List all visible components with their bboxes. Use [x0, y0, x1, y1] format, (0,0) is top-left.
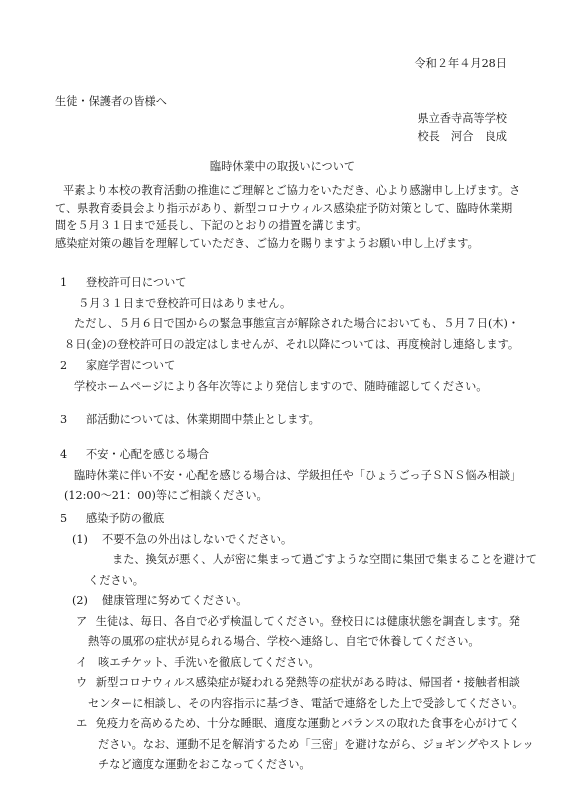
section-number: 1 — [60, 274, 78, 292]
item-e: エ 免疫力を高めるため、十分な睡眠、適度な運動とバランスの取れた食事を心がけてく — [60, 715, 520, 733]
principal-name: 校長 河合 良成 — [417, 128, 507, 146]
document-date: 令和２年４月28日 — [414, 55, 507, 73]
section-line: ８日(金)の登校許可日の設定はしませんが、それ以降については、再度検討し連絡しま… — [60, 336, 520, 354]
section-3: 3 部活動については、休業期間中禁止とします。 — [60, 411, 520, 429]
item-i: イ 咳エチケット、手洗いを徹底してください。 — [60, 654, 520, 672]
section-line: ５月３１日まで登校許可日はありません。 — [60, 295, 520, 313]
section-line: 学校ホームページにより各年次等により発信しますので、随時確認してください。 — [60, 378, 520, 396]
school-name: 県立香寺高等学校 — [417, 110, 507, 128]
item-line: 新型コロナウィルス感染症が疑われる発熱等の症状がある時は、帰国者・接触者相談 — [96, 674, 520, 692]
subsection-2: (2) 健康管理に努めてください。 — [60, 592, 520, 610]
subsection-line: ください。 — [60, 572, 520, 590]
section-4: 4 不安・心配を感じる場合 臨時休業に伴い不安・心配を感じる場合は、学級担任や「… — [60, 446, 520, 505]
subsection-text: 健康管理に努めてください。 — [102, 592, 247, 610]
document-title: 臨時休業中の取扱いについて — [0, 158, 565, 176]
item-line: 咳エチケット、手洗いを徹底してください。 — [98, 654, 320, 672]
intro-line: て、県教育委員会より指示があり、新型コロナウィルス感染症予防対策として、臨時休業… — [55, 200, 518, 218]
addressee: 生徒・保護者の皆様へ — [55, 93, 167, 111]
section-heading: 家庭学習について — [86, 357, 175, 375]
section-number: 3 — [60, 411, 78, 429]
item-label: イ — [76, 654, 98, 672]
item-line: ださい。なお、運動不足を解消するため「三密」を避けながら、ジョギングやストレッ — [60, 736, 520, 754]
sender-block: 県立香寺高等学校 校長 河合 良成 — [417, 110, 507, 146]
section-number: 2 — [60, 357, 78, 375]
item-line: 生徒は、毎日、各自で必ず検温してください。登校日には健康状態を調査します。発 — [96, 613, 520, 631]
section-5: 5 感染予防の徹底 (1) 不要不急の外出はしないでください。 また、換気が悪く… — [60, 510, 520, 774]
intro-line: 間を５月３１日まで延長し、下記のとおりの措置を講じます。 — [55, 217, 518, 235]
item-a: ア 生徒は、毎日、各自で必ず検温してください。登校日には健康状態を調査します。発 — [60, 613, 520, 631]
item-label: ア — [76, 613, 96, 631]
item-line: センターに相談し、その内容指示に基づき、電話で連絡をした上で受診してください。 — [60, 695, 520, 713]
section-heading: 登校許可日について — [86, 274, 186, 292]
section-line: 臨時休業に伴い不安・心配を感じる場合は、学級担任や「ひょうごっ子ＳＮＳ悩み相談」 — [60, 467, 520, 485]
section-heading: 部活動については、休業期間中禁止とします。 — [86, 411, 320, 429]
section-line: ただし、５月６日で国からの緊急事態宣言が解除された場合においても、５月７日(木)… — [60, 315, 520, 333]
section-heading: 不安・心配を感じる場合 — [86, 446, 209, 464]
item-label: ウ — [76, 674, 96, 692]
item-line: 熱等の風邪の症状が見られる場合、学校へ連絡し、自宅で休養してください。 — [60, 633, 520, 651]
item-line: チなど適度な運動をおこなってください。 — [60, 756, 520, 774]
item-label: エ — [76, 715, 96, 733]
section-number: 5 — [60, 510, 78, 528]
intro-line: 平素より本校の教育活動の推進にご理解とご協力をいただき、心より感謝申し上げます。… — [63, 182, 518, 200]
item-u: ウ 新型コロナウィルス感染症が疑われる発熱等の症状がある時は、帰国者・接触者相談 — [60, 674, 520, 692]
subsection-text: 不要不急の外出はしないでください。 — [102, 531, 292, 549]
subsection-1: (1) 不要不急の外出はしないでください。 — [60, 531, 520, 549]
subsection-line: また、換気が悪く、人が密に集まって過ごすような空間に集団で集まることを避けて — [60, 551, 520, 569]
section-2: 2 家庭学習について 学校ホームページにより各年次等により発信しますので、随時確… — [60, 357, 520, 395]
item-line: 免疫力を高めるため、十分な睡眠、適度な運動とバランスの取れた食事を心がけてく — [96, 715, 520, 733]
section-number: 4 — [60, 446, 78, 464]
subsection-label: (2) — [72, 592, 102, 610]
section-heading: 感染予防の徹底 — [86, 510, 164, 528]
intro-line: 感染症対策の趣旨を理解していただき、ご協力を賜りますようお願い申し上げます。 — [55, 235, 518, 253]
section-line: (12:00〜21：00)等にご相談ください。 — [60, 487, 520, 505]
section-1: 1 登校許可日について ５月３１日まで登校許可日はありません。 ただし、５月６日… — [60, 274, 520, 353]
subsection-label: (1) — [72, 531, 102, 549]
intro-paragraph: 平素より本校の教育活動の推進にご理解とご協力をいただき、心より感謝申し上げます。… — [63, 182, 518, 252]
